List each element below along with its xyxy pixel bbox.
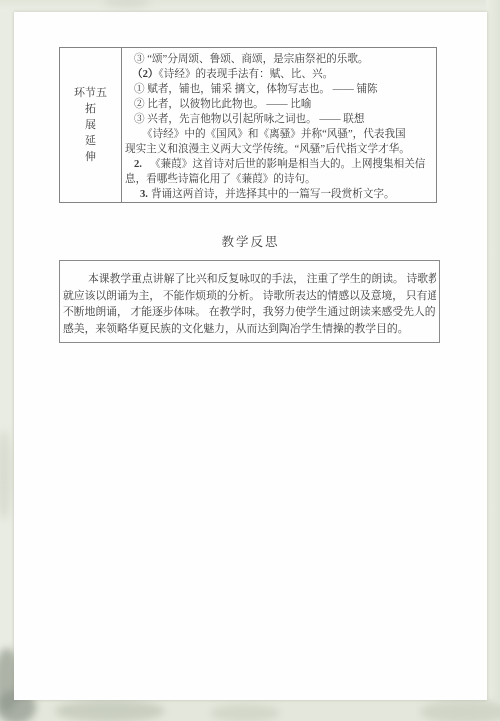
stage-label: 延: [85, 133, 96, 149]
line-number: 3.: [140, 189, 148, 200]
stage-label: 环节五: [74, 85, 107, 101]
stage-label: 伸: [85, 149, 96, 165]
reflection-line: 本课教学重点讲解了比兴和反复咏叹的手法， 注重了学生的朗读。 诗歌教学: [63, 271, 436, 288]
table-content-line: ③ “颂”分周颂、鲁颂、商颂，是宗庙祭祀的乐歌。: [122, 52, 434, 67]
texture-smudge: [210, 704, 280, 721]
table-content-cell: ③ “颂”分周颂、鲁颂、商颂，是宗庙祭祀的乐歌。 （2）《诗经》的表现手法有：赋…: [122, 48, 436, 202]
reflection-line: 感美，来领略华夏民族的文化魅力，从而达到陶冶学生情操的教学目的。: [63, 321, 436, 338]
lesson-plan-table: 环节五 拓 展 延 伸 ③ “颂”分周颂、鲁颂、商颂，是宗庙祭祀的乐歌。 （2）…: [59, 47, 437, 203]
scanned-lesson-plan-page: { "document": { "section_heading": "教学反思…: [0, 0, 500, 721]
table-content-line: （2）《诗经》的表现手法有：赋、比、兴。: [122, 67, 434, 82]
reflection-line: 就应该以朗诵为主， 不能作烦琐的分析。 诗歌所表达的情感以及意境， 只有通过: [63, 288, 436, 305]
texture-smudge: [55, 700, 165, 721]
reflection-box: 本课教学重点讲解了比兴和反复咏叹的手法， 注重了学生的朗读。 诗歌教学 就应该以…: [59, 260, 440, 343]
background-right-strip: [486, 0, 500, 721]
section-heading: 教学反思: [14, 232, 487, 250]
table-content-line: 《诗经》中的《国风》和《离骚》并称“风骚”，代表我国: [122, 127, 434, 142]
texture-smudge: [0, 430, 12, 520]
stage-label: 拓: [85, 101, 96, 117]
line-text: 现实主义和浪漫主义两大文学传统。“风骚”后代指文学才华。: [125, 144, 410, 155]
line-text: 《诗经》中的《国风》和《离骚》并称“风骚”，代表我国: [142, 129, 406, 140]
stage-cell: 环节五 拓 展 延 伸: [60, 48, 122, 202]
line-text: 《蒹葭》这首诗对后世的影响是相当大的。上网搜集相关信: [150, 159, 425, 170]
table-content-line: ③ 兴者，先言他物以引起所咏之词也。 —— 联想: [122, 112, 434, 127]
line-text: ③ 兴者，先言他物以引起所咏之词也。 —— 联想: [134, 114, 364, 125]
table-content-line: 息，看哪些诗篇化用了《蒹葭》的诗句。: [122, 172, 434, 187]
texture-smudge: [420, 700, 500, 721]
line-text: ① 赋者，铺也，铺采 摛文，体物写志也。 —— 铺陈: [134, 84, 378, 95]
line-text: ② 比者，以彼物比此物也。 —— 比喻: [134, 99, 311, 110]
paper-sheet: 环节五 拓 展 延 伸 ③ “颂”分周颂、鲁颂、商颂，是宗庙祭祀的乐歌。 （2）…: [14, 12, 487, 700]
reflection-line: 不断地朗诵， 才能逐步体味。 在教学时，我努力使学生通过朗读来感受先人的情: [63, 304, 436, 321]
line-text: ③ “颂”分周颂、鲁颂、商颂，是宗庙祭祀的乐歌。: [134, 54, 369, 65]
background-top-band: [0, 0, 500, 12]
table-content-line: ① 赋者，铺也，铺采 摛文，体物写志也。 —— 铺陈: [122, 82, 434, 97]
table-content-line: 现实主义和浪漫主义两大文学传统。“风骚”后代指文学才华。: [122, 142, 434, 157]
line-number: （2）: [132, 69, 158, 80]
stage-label: 展: [85, 117, 96, 133]
line-text: 背诵这两首诗，并选择其中的一篇写一段赏析文字。: [151, 189, 395, 200]
line-text: 息，看哪些诗篇化用了《蒹葭》的诗句。: [125, 174, 316, 185]
table-content-line: ② 比者，以彼物比此物也。 —— 比喻: [122, 97, 434, 112]
table-content-line: 3.背诵这两首诗，并选择其中的一篇写一段赏析文字。: [122, 187, 434, 202]
line-number: 2.: [134, 159, 142, 170]
line-text: 《诗经》的表现手法有：赋、比、兴。: [158, 69, 333, 80]
table-content-line: 2.《蒹葭》这首诗对后世的影响是相当大的。上网搜集相关信: [122, 157, 434, 172]
